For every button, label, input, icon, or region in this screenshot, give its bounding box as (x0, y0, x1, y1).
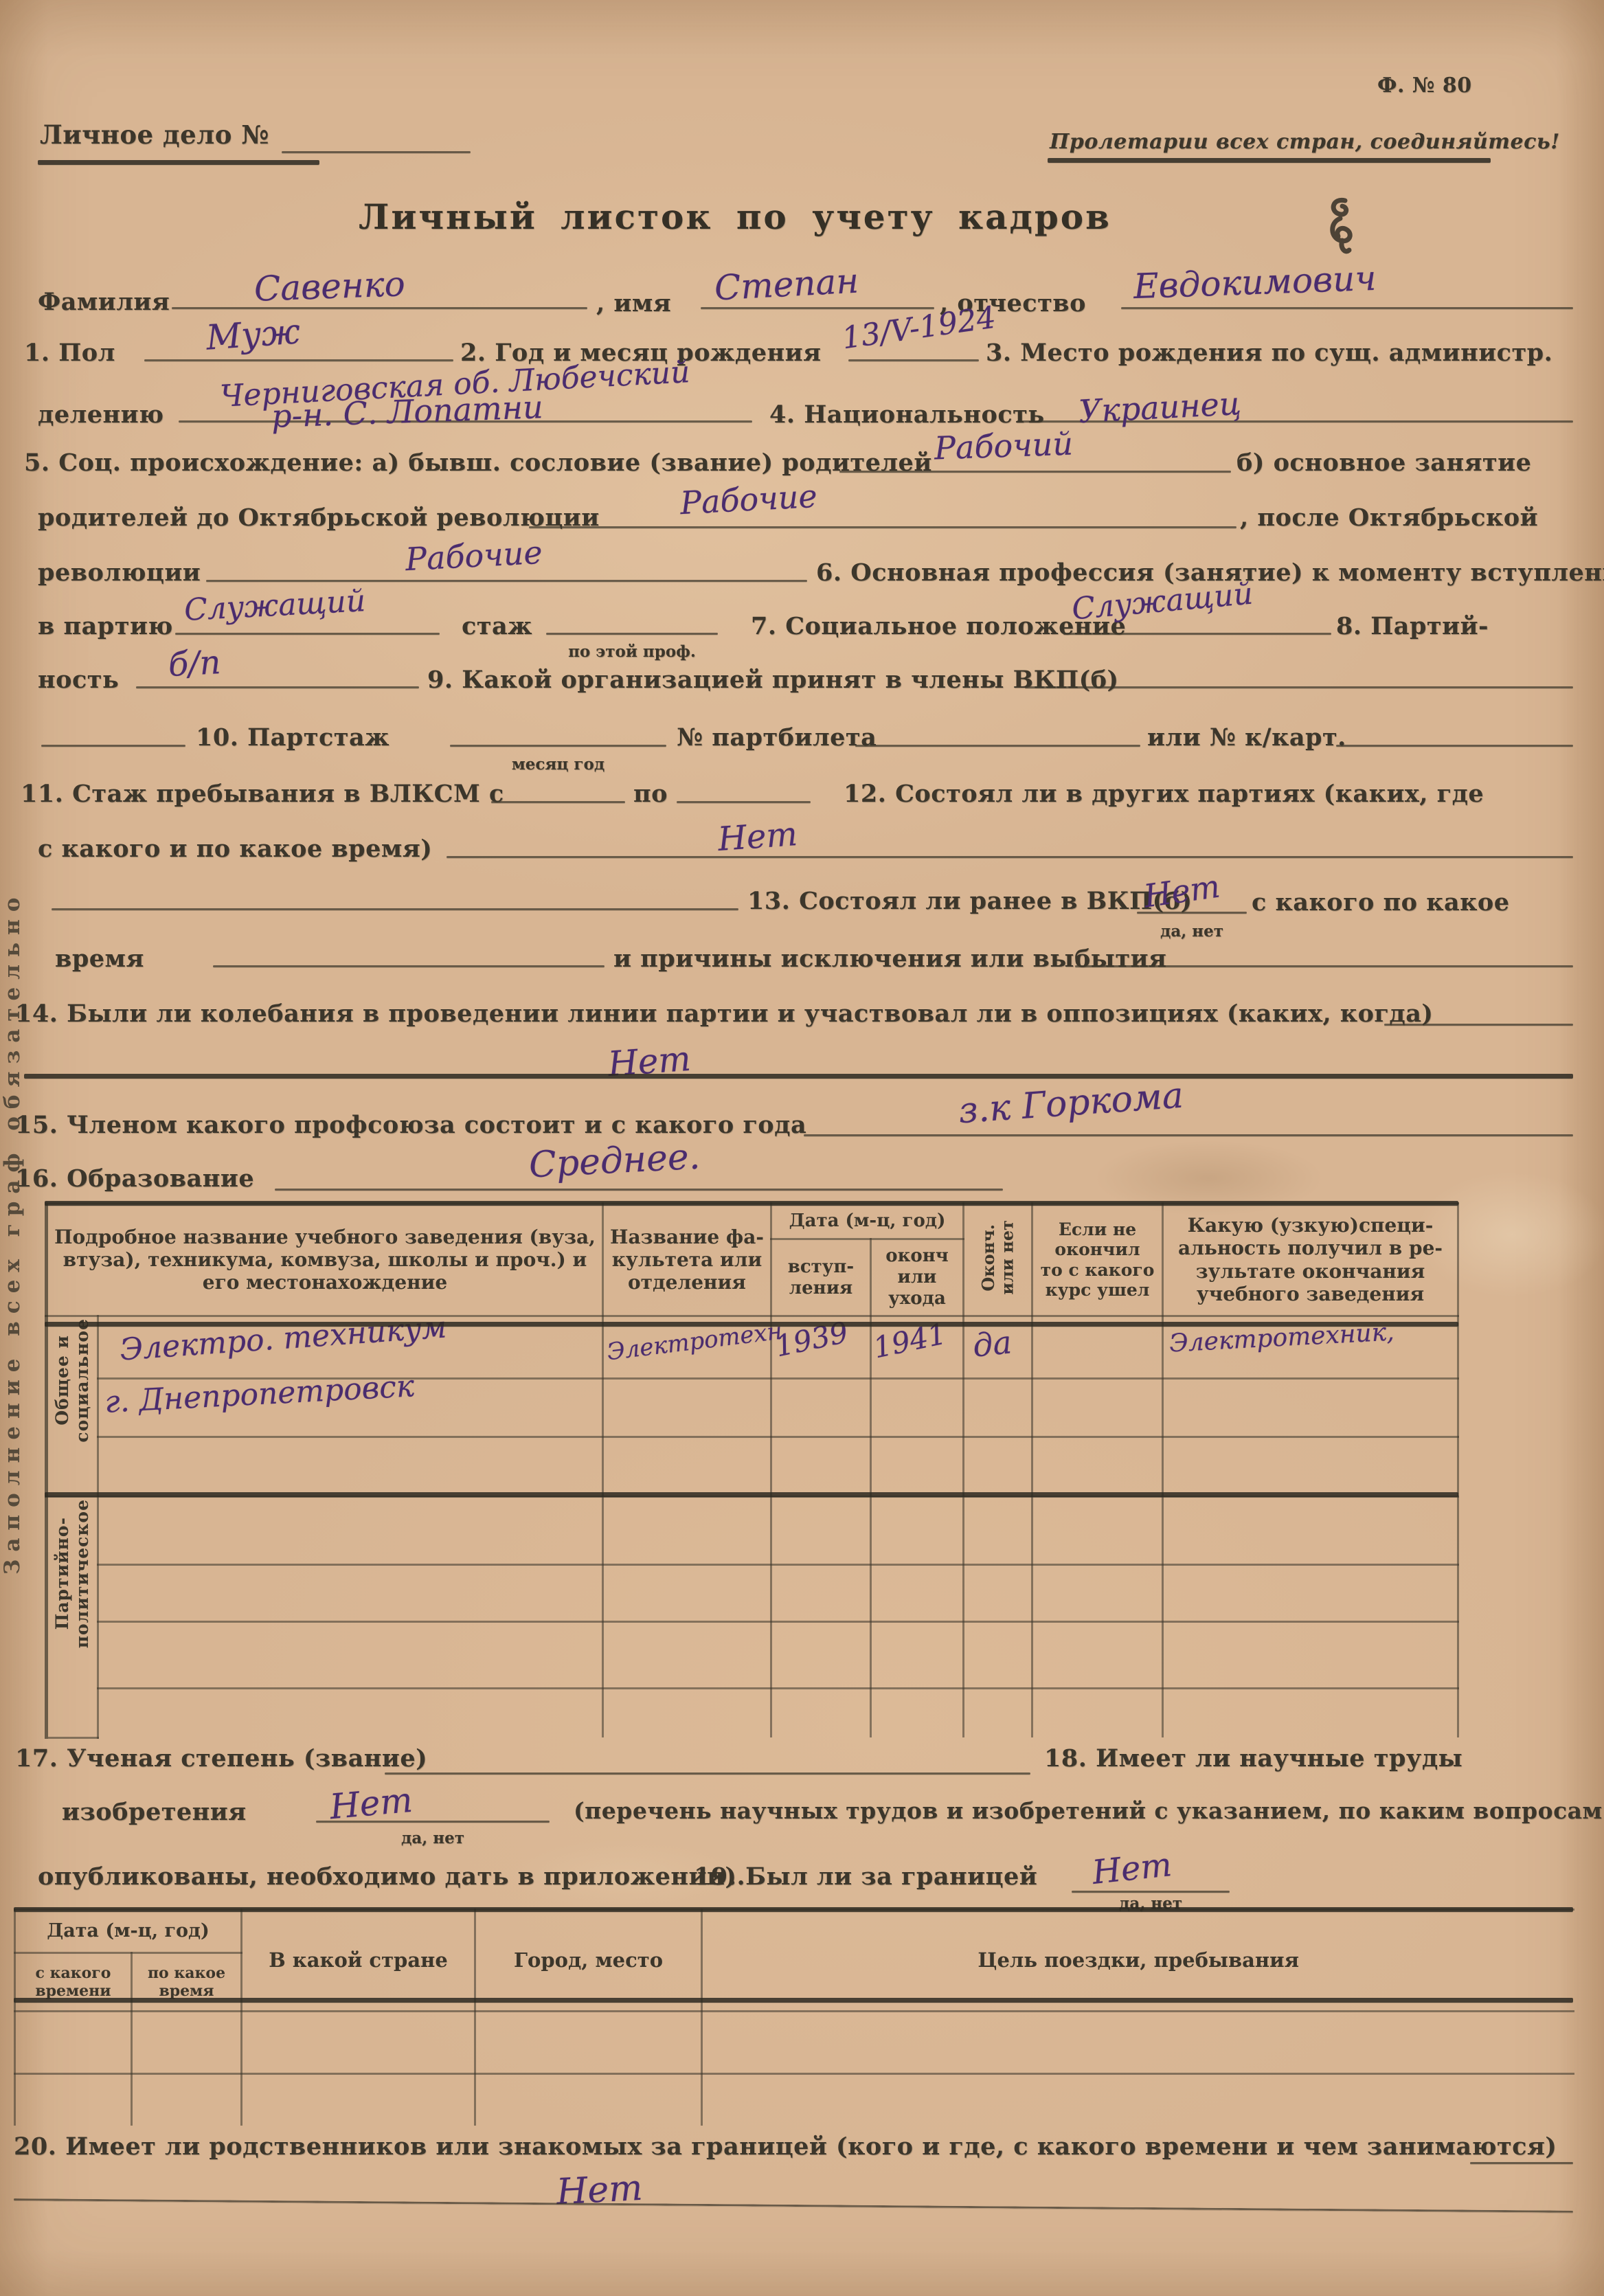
label-q5b: б) основное занятие (1236, 449, 1531, 476)
rule (848, 359, 979, 361)
rule (45, 1322, 1458, 1327)
rule (41, 745, 185, 747)
rule (206, 580, 807, 582)
table-row (47, 1437, 1458, 1497)
travel-col-date-group: Дата (м-ц, год) (15, 1910, 242, 1953)
table-row (47, 1565, 1458, 1622)
label-q13b: с какого по какое (1252, 889, 1510, 916)
rule (701, 307, 934, 309)
rule (546, 633, 718, 635)
label-q18d: опубликованы, необходимо дать в приложен… (38, 1863, 745, 1890)
education-table: Подробное название учебного заведения (в… (45, 1202, 1459, 1739)
label-surname: Фамилия (38, 289, 170, 315)
edu-col-faculty: Название фа- культета или отделения (603, 1204, 771, 1316)
sublabel-q13: да, нет (1137, 923, 1247, 941)
label-q10: 10. Партстаж (196, 724, 389, 751)
rule (14, 1998, 1573, 2003)
table-row: Партийно- политическое (47, 1497, 1458, 1565)
rule (14, 2198, 1573, 2213)
label-q18b: изобретения (62, 1799, 247, 1825)
label-q5e: революции (38, 559, 201, 586)
rule (24, 1074, 1573, 1079)
rule (1025, 686, 1573, 688)
table-row (15, 2012, 1574, 2074)
label-q13d: и причины исключения или выбытия (613, 945, 1166, 972)
label-q11: 11. Стаж пребывания в ВЛКСМ с (21, 780, 504, 807)
label-q3b: делению (38, 401, 164, 428)
label-q18c: (перечень научных трудов и изобретений с… (574, 1799, 1604, 1824)
label-q13c: время (55, 945, 144, 972)
rule (1121, 307, 1573, 309)
hw-patronymic: Евдокимович (1133, 258, 1377, 306)
rule (1470, 2162, 1573, 2164)
label-q1: 1. Пол (24, 339, 115, 366)
edu-col-school: Подробное название учебного заведения (в… (47, 1204, 603, 1316)
edu-section-general-label: Общее и социальное (53, 1318, 93, 1443)
rule (282, 151, 471, 153)
hw-nationality: Украинец (1078, 385, 1242, 430)
ink-scribble-decoration (1319, 195, 1367, 257)
rule (491, 801, 625, 803)
travel-col-purpose: Цель поездки, пребывания (702, 1910, 1574, 2012)
rule (1075, 965, 1573, 967)
personnel-record-form: Заполнение всех граф обязательно Ф. № 80… (0, 0, 1604, 2296)
hw-parents-estate: Рабочий (934, 425, 1074, 466)
form-number: Ф. № 80 (1377, 74, 1472, 98)
motto: Пролетарии всех стран, соединяйтесь! (1050, 131, 1560, 154)
rule (45, 1492, 1458, 1497)
label-q5c: родителей до Октябрьской революции (38, 504, 600, 531)
rule (1336, 745, 1573, 747)
hw-before-revolution: Рабочие (679, 477, 818, 521)
rule (529, 526, 1236, 528)
edu-cell-school: г. Днепропетровск (98, 1379, 603, 1437)
hw-scientific-works: Нет (328, 1780, 414, 1827)
label-q10c: или № к/карт. (1147, 724, 1346, 751)
label-q13: 13. Состоял ли ранее в ВКП(б) (747, 888, 1193, 914)
edu-col-date-in: вступ- ления (771, 1239, 871, 1316)
rule (136, 686, 419, 688)
label-q10b: № партбилета (677, 724, 877, 751)
label-q6b: в партию (38, 613, 173, 640)
rule (804, 1134, 1573, 1136)
label-q19: 19. Был ли за границей (694, 1863, 1037, 1890)
label-q4: 4. Национальность (769, 401, 1045, 428)
sublabel-q10: месяц год (450, 756, 666, 774)
rule (213, 965, 605, 967)
label-q7: 7. Социальное положение (751, 613, 1126, 640)
edu-section-party-label: Партийно- политическое (53, 1499, 93, 1648)
rule (175, 633, 440, 635)
edu-col-date-group: Дата (м-ц, год) (771, 1204, 964, 1239)
hw-school-line1: Электро. техникум (119, 1309, 448, 1367)
rule (14, 1907, 1573, 1912)
sublabel-q6c: по этой проф. (546, 643, 718, 661)
hw-former-vkpb: Нет (1142, 868, 1222, 915)
edu-col-if-not-finished: Если не окончил то с какого курс ушел (1032, 1204, 1163, 1316)
travel-col-country: В какой стране (242, 1910, 475, 2012)
label-name: , имя (596, 290, 671, 317)
edu-col-specialty: Какую (узкую)специ- альность получил в р… (1163, 1204, 1458, 1316)
hw-after-revolution: Рабочие (405, 534, 543, 578)
rule (450, 745, 666, 747)
hw-profession: Служащий (183, 583, 366, 628)
rule (1048, 158, 1491, 163)
travel-table: Дата (м-ц, год) В какой стране Город, ме… (14, 1909, 1574, 2126)
table-row (47, 1622, 1458, 1689)
form-title: Личный листок по учету кадров (359, 198, 1111, 236)
label-q8: 8. Партий- (1336, 613, 1489, 640)
label-q18: 18. Имеет ли научные труды (1044, 1745, 1462, 1772)
hw-finished: да (971, 1323, 1013, 1364)
label-q14: 14. Были ли колебания в проведении линии… (15, 1000, 1433, 1027)
label-q12: 12. Состоял ли в других партиях (каких, … (844, 780, 1484, 807)
rule (1063, 633, 1331, 635)
rule (447, 856, 1573, 858)
rule (144, 359, 453, 361)
hw-education: Среднее. (528, 1136, 701, 1186)
label-q15: 15. Членом какого профсоюза состоит и с … (15, 1112, 806, 1138)
travel-col-city: Город, место (475, 1910, 702, 2012)
rule (52, 908, 738, 910)
rule (677, 801, 811, 803)
rule (38, 160, 319, 165)
label-q6c: стаж (462, 613, 532, 640)
edu-col-date-out: оконч или ухода (871, 1239, 964, 1316)
label-q11b: по (633, 780, 668, 807)
hw-other-parties: Нет (716, 815, 798, 859)
rule (385, 1772, 1030, 1775)
rule (275, 1189, 1003, 1191)
label-q3: 3. Место рождения по сущ. администр. (986, 339, 1552, 366)
rule (839, 471, 1231, 473)
hw-name: Степан (714, 261, 860, 308)
edu-section-general: Общее и социальное (47, 1316, 98, 1497)
hw-abroad: Нет (1090, 1845, 1173, 1892)
hw-party-membership: б/п (168, 643, 222, 684)
edu-col-finished: Оконч. или нет (964, 1204, 1032, 1316)
label-q20: 20. Имеет ли родственников или знакомых … (14, 2133, 1557, 2160)
table-row (15, 2074, 1574, 2126)
sublabel-q18: да, нет (316, 1830, 550, 1847)
label-q9: 9. Какой организацией принят в члены ВКП… (427, 666, 1119, 693)
personal-file-label: Личное дело № (40, 121, 269, 149)
hw-surname: Савенко (253, 264, 406, 309)
label-q16: 16. Образование (15, 1165, 254, 1192)
hw-trade-union: з.к Горкома (957, 1075, 1184, 1132)
label-q5: 5. Соц. происхождение: а) бывш. сословие… (24, 449, 932, 476)
rule (172, 307, 587, 309)
label-q8b: ность (38, 666, 119, 693)
rule (1384, 1024, 1573, 1026)
edu-section-party: Партийно- политическое (47, 1497, 98, 1738)
label-q5d: , после Октябрьской (1240, 504, 1538, 531)
table-row (47, 1689, 1458, 1738)
rule (45, 1201, 1458, 1206)
edu-col-finished-label: Оконч. или нет (979, 1220, 1017, 1295)
hw-gender: Муж (205, 311, 302, 357)
hw-relatives-abroad: Нет (556, 2168, 644, 2213)
label-q12b: с какого и по какое время) (38, 835, 432, 862)
label-q17: 17. Ученая степень (звание) (15, 1745, 427, 1772)
table-row: г. Днепропетровск (47, 1379, 1458, 1437)
rule (855, 745, 1140, 747)
